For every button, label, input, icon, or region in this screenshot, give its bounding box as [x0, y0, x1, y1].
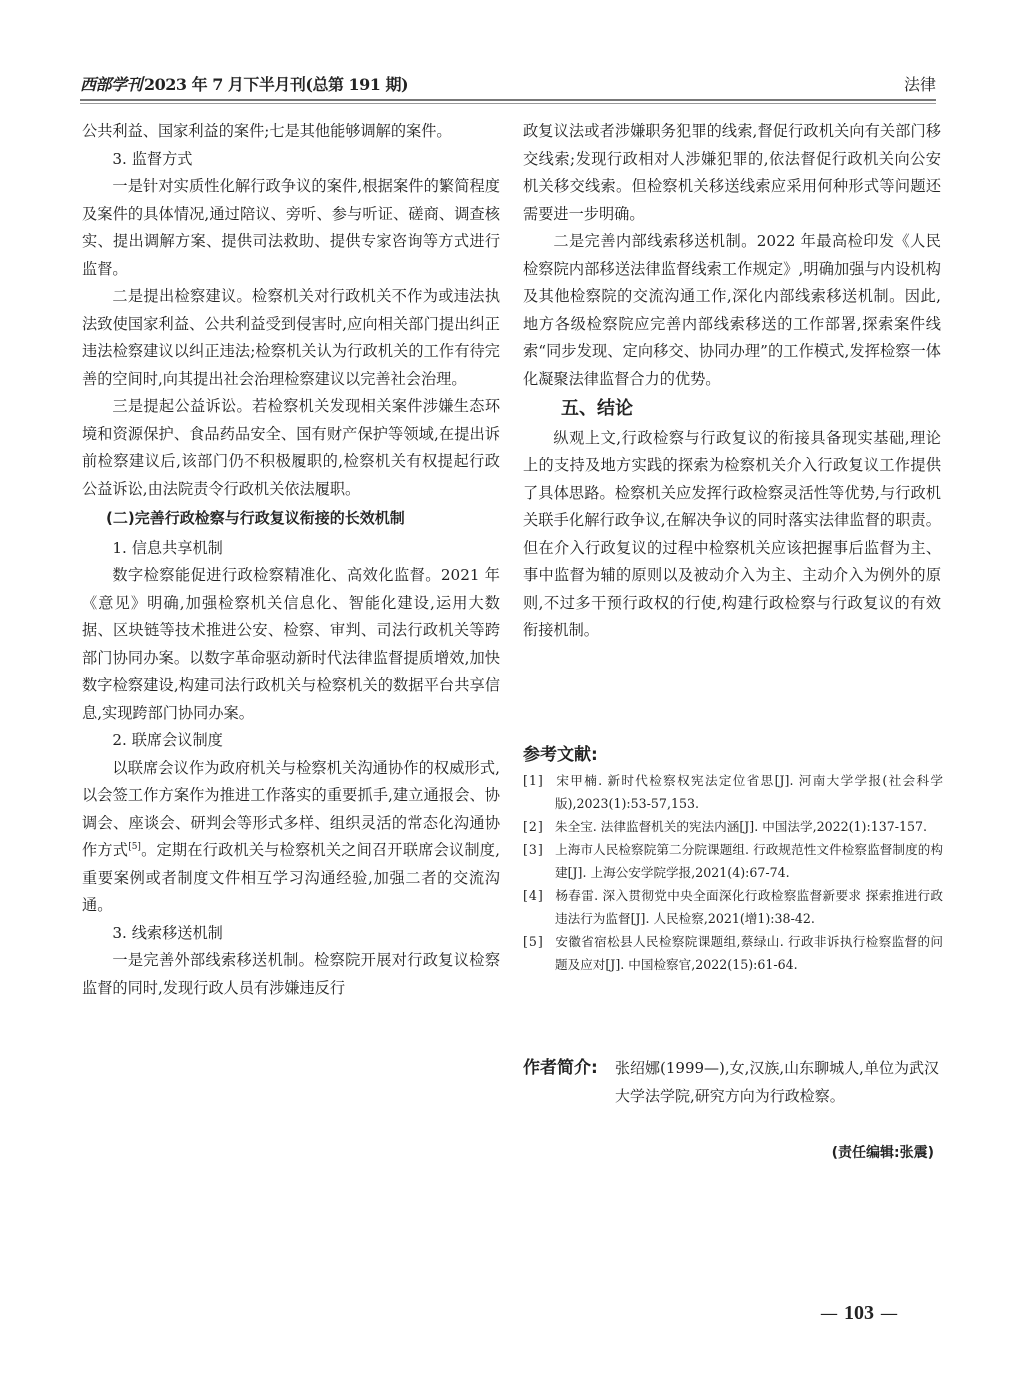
- section-heading: 五、结论: [561, 395, 941, 423]
- paragraph: 公共利益、国家利益的案件;七是其他能够调解的案件。: [82, 118, 500, 146]
- paragraph: 二是完善内部线索移送机制。2022 年最高检印发《人民检察院内部移送法律监督线索…: [523, 228, 941, 393]
- reference-text: 杨春雷. 深入贯彻党中央全面深化行政检察监督新要求 探索推进行政违法行为监督[J…: [555, 888, 943, 926]
- editor-note: (责任编辑:张震): [832, 1142, 934, 1162]
- reference-item: [3]上海市人民检察院第二分院课题组. 行政规范性文件检察监督制度的构建[J].…: [523, 838, 943, 884]
- paragraph: 纵观上文,行政检察与行政复议的衔接具备现实基础,理论上的支持及地方实践的探索为检…: [523, 425, 941, 645]
- reference-text: 朱全宝. 法律监督机关的宪法内涵[J]. 中国法学,2022(1):137-15…: [555, 819, 927, 834]
- right-column: 政复议法或者涉嫌职务犯罪的线索,督促行政机关向有关部门移交线索;发现行政相对人涉…: [523, 118, 941, 645]
- reference-text: 安徽省宿松县人民检察院课题组,蔡绿山. 行政非诉执行检察监督的问题及应对[J].…: [555, 934, 943, 972]
- page-number: —103—: [820, 1302, 898, 1325]
- reference-number: [1]: [523, 769, 555, 792]
- paragraph: 三是提起公益诉讼。若检察机关发现相关案件涉嫌生态环境和资源保护、食品药品安全、国…: [82, 393, 500, 503]
- left-column: 公共利益、国家利益的案件;七是其他能够调解的案件。 3. 监督方式 一是针对实质…: [82, 118, 500, 1002]
- reference-number: [5]: [523, 930, 555, 953]
- issue-info: 2023 年 7 月下半月刊(总第 191 期): [144, 75, 408, 94]
- citation-ref[interactable]: [5]: [128, 842, 141, 852]
- subheading: 2. 联席会议制度: [82, 727, 500, 755]
- reference-number: [4]: [523, 884, 555, 907]
- reference-text: 上海市人民检察院第二分院课题组. 行政规范性文件检察监督制度的构建[J]. 上海…: [555, 842, 943, 880]
- header-rule-thin: [80, 103, 936, 104]
- section-heading: (二)完善行政检察与行政复议衔接的长效机制: [82, 505, 500, 533]
- author-bio-text: 张绍娜(1999—),女,汉族,山东聊城人,单位为武汉大学法学院,研究方向为行政…: [615, 1054, 943, 1110]
- author-bio-label: 作者简介:: [523, 1054, 598, 1082]
- reference-item: [1]宋甲楠. 新时代检察权宪法定位省思[J]. 河南大学学报(社会科学版),2…: [523, 769, 943, 815]
- paragraph: 二是提出检察建议。检察机关对行政机关不作为或违法执法致使国家利益、公共利益受到侵…: [82, 283, 500, 393]
- subheading: 3. 监督方式: [82, 146, 500, 174]
- reference-text: 宋甲楠. 新时代检察权宪法定位省思[J]. 河南大学学报(社会科学版),2023…: [555, 773, 943, 811]
- reference-item: [2]朱全宝. 法律监督机关的宪法内涵[J]. 中国法学,2022(1):137…: [523, 815, 943, 838]
- paragraph: 一是完善外部线索移送机制。检察院开展对行政复议检察监督的同时,发现行政人员有涉嫌…: [82, 947, 500, 1002]
- references: 参考文献: [1]宋甲楠. 新时代检察权宪法定位省思[J]. 河南大学学报(社会…: [523, 740, 943, 976]
- page-number-value: 103: [844, 1302, 874, 1324]
- paragraph: 政复议法或者涉嫌职务犯罪的线索,督促行政机关向有关部门移交线索;发现行政相对人涉…: [523, 118, 941, 228]
- reference-number: [2]: [523, 815, 555, 838]
- subheading: 3. 线索移送机制: [82, 920, 500, 948]
- author-bio: 作者简介: 张绍娜(1999—),女,汉族,山东聊城人,单位为武汉大学法学院,研…: [523, 1054, 943, 1110]
- references-title: 参考文献:: [523, 740, 943, 765]
- page-header: 西部学刊2023 年 7 月下半月刊(总第 191 期) 法律: [80, 72, 936, 98]
- reference-item: [5]安徽省宿松县人民检察院课题组,蔡绿山. 行政非诉执行检察监督的问题及应对[…: [523, 930, 943, 976]
- dash: —: [880, 1303, 898, 1324]
- paragraph: 数字检察能促进行政检察精准化、高效化监督。2021 年《意见》明确,加强检察机关…: [82, 562, 500, 727]
- reference-item: [4]杨春雷. 深入贯彻党中央全面深化行政检察监督新要求 探索推进行政违法行为监…: [523, 884, 943, 930]
- paragraph: 一是针对实质性化解行政争议的案件,根据案件的繁简程度及案件的具体情况,通过陪议、…: [82, 173, 500, 283]
- journal-issue-line: 西部学刊2023 年 7 月下半月刊(总第 191 期): [80, 72, 408, 95]
- section-label: 法律: [904, 72, 936, 95]
- text: 。定期在行政机关与检察机关之间召开联席会议制度,重要案例或者制度文件相互学习沟通…: [82, 841, 500, 914]
- subheading: 1. 信息共享机制: [82, 535, 500, 563]
- journal-logo: 西部学刊: [80, 75, 142, 94]
- paragraph: 以联席会议作为政府机关与检察机关沟通协作的权威形式,以会签工作方案作为推进工作落…: [82, 755, 500, 920]
- dash: —: [820, 1303, 838, 1324]
- header-rule: [80, 99, 936, 101]
- reference-number: [3]: [523, 838, 555, 861]
